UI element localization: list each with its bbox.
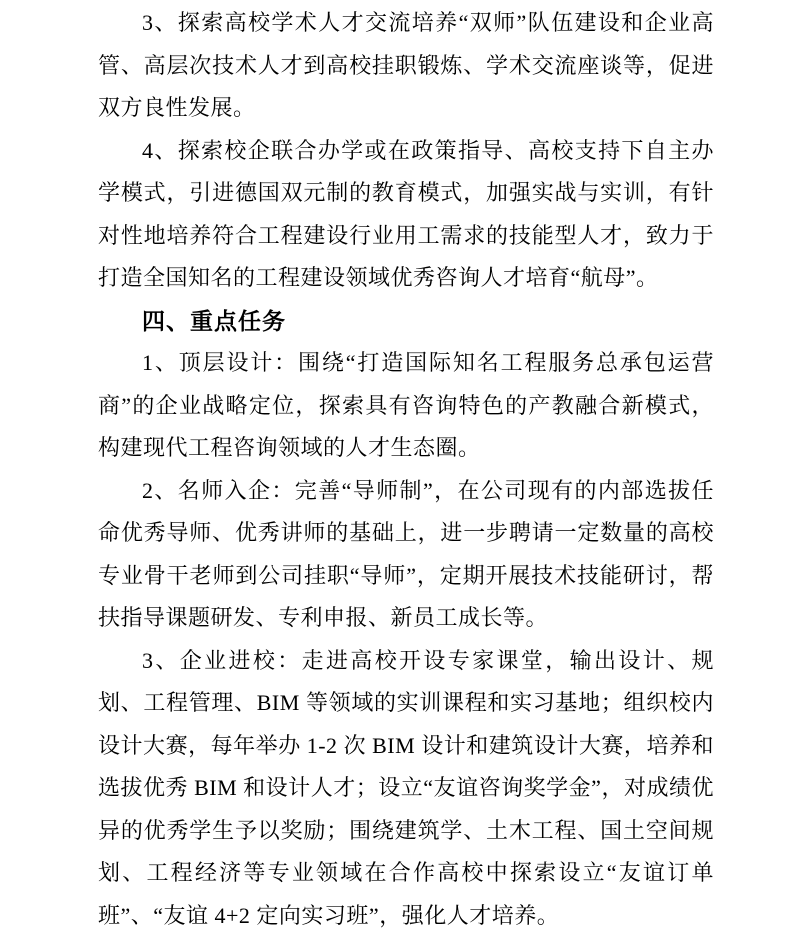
paragraph-item-3-talent-exchange: 3、探索高校学术人才交流培养“双师”队伍建设和企业高管、高层次技术人才到高校挂职…: [98, 2, 714, 130]
task-item-3-enterprise-into-campus: 3、企业进校：走进高校开设专家课堂，输出设计、规划、工程管理、BIM 等领域的实…: [98, 640, 714, 938]
task-item-1-top-level-design: 1、顶层设计：围绕“打造国际知名工程服务总承包运营商”的企业战略定位，探索具有咨…: [98, 342, 714, 470]
paragraph-item-4-joint-schooling: 4、探索校企联合办学或在政策指导、高校支持下自主办学模式，引进德国双元制的教育模…: [98, 130, 714, 300]
section-heading-key-tasks: 四、重点任务: [98, 300, 714, 343]
task-item-2-master-teachers: 2、名师入企：完善“导师制”，在公司现有的内部选拔任命优秀导师、优秀讲师的基础上…: [98, 470, 714, 640]
document-page: 3、探索高校学术人才交流培养“双师”队伍建设和企业高管、高层次技术人才到高校挂职…: [0, 0, 800, 948]
